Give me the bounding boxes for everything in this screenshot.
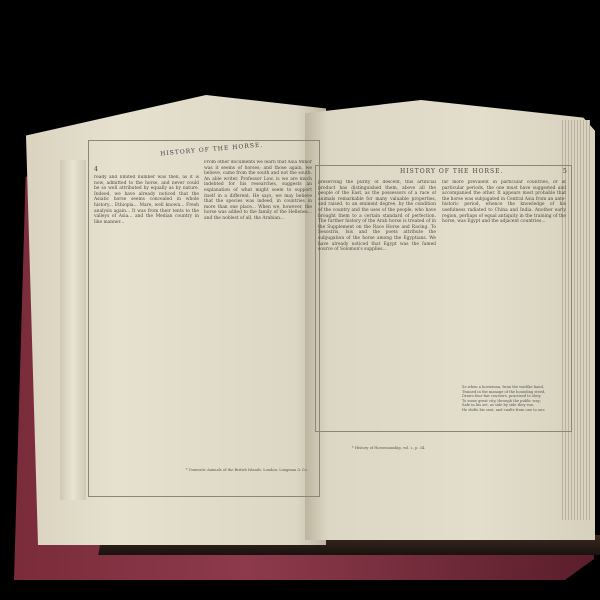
right-page-number: 5 (563, 168, 567, 175)
left-page-number: 4 (94, 166, 98, 173)
right-column-2: far more prevalent in particular countri… (442, 180, 566, 380)
right-poem: So when a horseman, from the warlike ban… (462, 385, 572, 413)
left-column-2: From other documents we learn that Asia … (204, 160, 312, 460)
right-running-header: HISTORY OF THE HORSE. (400, 168, 503, 175)
left-column-1: ready and limited number was then, as it… (94, 175, 199, 485)
left-footnote: * Domestic Animals of the British Island… (186, 468, 308, 472)
right-column-1: preserving the purity of descent, this a… (318, 180, 436, 425)
flyleaf-pages (60, 160, 86, 500)
right-footnote: * History of Horsemanship, vol. i., p. 3… (352, 446, 425, 450)
poem-line: He shifts his seat, and vaults from one … (462, 408, 572, 413)
